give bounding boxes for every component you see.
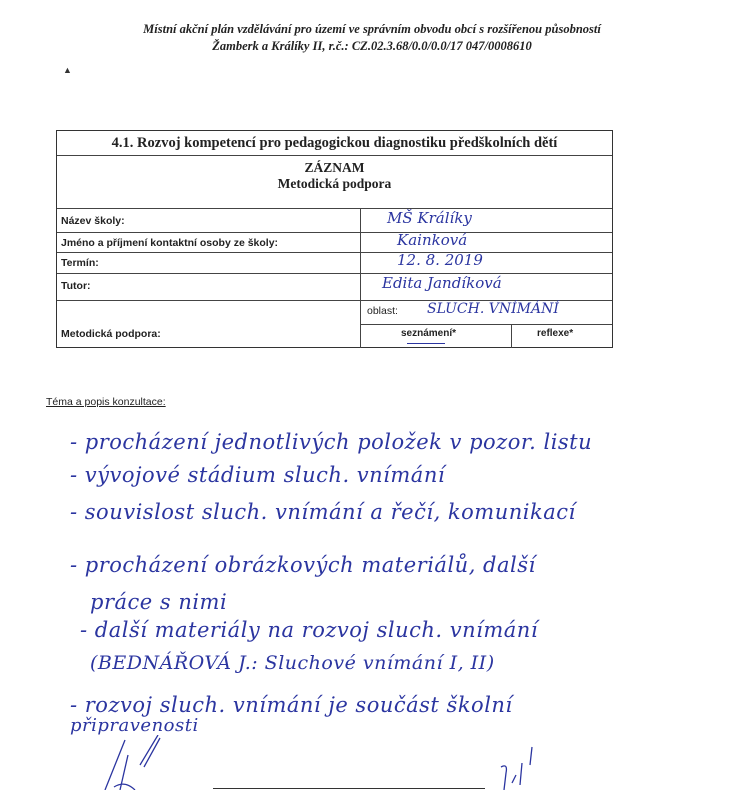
label-tutor: Tutor: [61,280,91,292]
divider [361,324,612,325]
scan-mark-icon: ▲ [63,65,72,75]
note-line: - vývojové stádium sluch. vnímání [70,463,445,487]
note-line: - procházení obrázkových materiálů, dalš… [70,553,536,577]
note-line: (BEDNÁŘOVÁ J.: Sluchové vnímání I, II) [90,652,495,674]
option-introduction[interactable]: seznámení* [401,328,456,339]
note-line: - souvislost sluch. vnímání a řečí, komu… [70,500,576,524]
option-reflection[interactable]: reflexe* [537,328,573,339]
divider [57,208,612,209]
note-line: - další materiály na rozvoj sluch. vnímá… [80,618,538,642]
note-line: připravenosti [70,715,199,736]
divider [57,252,612,253]
label-area: oblast: [367,305,398,317]
selected-underline [407,343,445,344]
divider [57,273,612,274]
document-header-line-1: Místní akční plán vzdělávání pro území v… [0,22,744,37]
column-divider [511,324,512,348]
tutor-signature-icon [100,735,190,790]
label-date: Termín: [61,257,99,269]
record-form-table: 4.1. Rozvoj kompetencí pro pedagogickou … [56,130,613,348]
value-contact-person[interactable]: Kainková [397,231,467,249]
note-line: - procházení jednotlivých položek v pozo… [70,430,592,454]
value-area[interactable]: SLUCH. VNÍMÁNÍ [427,301,559,317]
divider [57,155,612,156]
value-tutor[interactable]: Edita Jandíková [382,274,502,292]
column-divider [360,208,361,348]
label-school-name: Název školy: [61,215,125,227]
form-title: 4.1. Rozvoj kompetencí pro pedagogickou … [57,131,612,156]
divider [57,232,612,233]
value-date[interactable]: 12. 8. 2019 [397,251,483,269]
form-subtitle-support: Metodická podpora [57,176,612,192]
note-line: práce s nimi [90,590,227,614]
signature-line [213,788,485,789]
label-methodical-support: Metodická podpora: [61,328,161,340]
label-contact-person: Jméno a příjmení kontaktní osoby ze škol… [61,237,278,249]
note-line: - rozvoj sluch. vnímání je součást školn… [70,693,513,717]
topic-label: Téma a popis konzultace: [46,396,166,408]
school-signature-icon [498,745,558,790]
value-school-name[interactable]: MŠ Králíky [387,209,472,227]
document-header-line-2: Žamberk a Králíky II, r.č.: CZ.02.3.68/0… [0,39,744,54]
form-subtitle-record: ZÁZNAM [57,160,612,176]
